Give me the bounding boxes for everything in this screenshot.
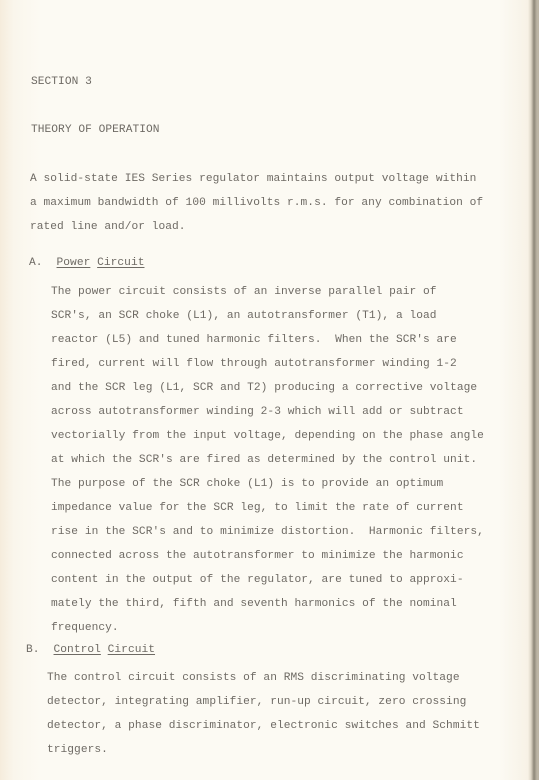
subsection-letter: A. [29, 257, 43, 269]
text-line: detector, integrating amplifier, run-up … [47, 695, 466, 709]
text-line: a maximum bandwidth of 100 millivolts r.… [30, 196, 483, 210]
text-line: mately the third, fifth and seventh harm… [51, 597, 457, 611]
text-line: frequency. [51, 621, 119, 635]
text-line: The purpose of the SCR choke (L1) is to … [51, 477, 443, 491]
heading-word: Power [57, 257, 91, 269]
heading-word: Circuit [97, 257, 144, 269]
heading-word: Circuit [108, 644, 155, 656]
text-line: The control circuit consists of an RMS d… [47, 671, 460, 685]
text-line: at which the SCR's are fired as determin… [51, 453, 477, 467]
subsection-b-heading: B.Control Circuit [26, 643, 155, 657]
text-line: rise in the SCR's and to minimize distor… [51, 525, 484, 539]
subsection-letter: B. [26, 644, 40, 656]
text-line: connected across the autotransformer to … [51, 549, 464, 563]
text-line: fired, current will flow through autotra… [51, 357, 457, 371]
text-line: vectorially from the input voltage, depe… [51, 429, 484, 443]
text-line: impedance value for the SCR leg, to limi… [51, 501, 464, 515]
text-line: across autotransformer winding 2-3 which… [51, 405, 464, 419]
section-title: THEORY OF OPERATION [31, 123, 160, 137]
text-line: triggers. [47, 743, 108, 757]
document-page: SECTION 3 THEORY OF OPERATION A solid-st… [0, 0, 539, 780]
text-line: A solid-state IES Series regulator maint… [30, 172, 476, 186]
text-line: SCR's, an SCR choke (L1), an autotransfo… [51, 309, 437, 323]
text-line: The power circuit consists of an inverse… [51, 285, 437, 299]
heading-word: Control [54, 644, 101, 656]
text-line: content in the output of the regulator, … [51, 573, 464, 587]
section-number: SECTION 3 [31, 75, 92, 89]
text-line: and the SCR leg (L1, SCR and T2) produci… [51, 381, 477, 395]
text-line: detector, a phase discriminator, electro… [47, 719, 480, 733]
subsection-a-heading: A.Power Circuit [29, 256, 144, 270]
text-line: reactor (L5) and tuned harmonic filters.… [51, 333, 457, 347]
text-line: rated line and/or load. [30, 220, 186, 234]
